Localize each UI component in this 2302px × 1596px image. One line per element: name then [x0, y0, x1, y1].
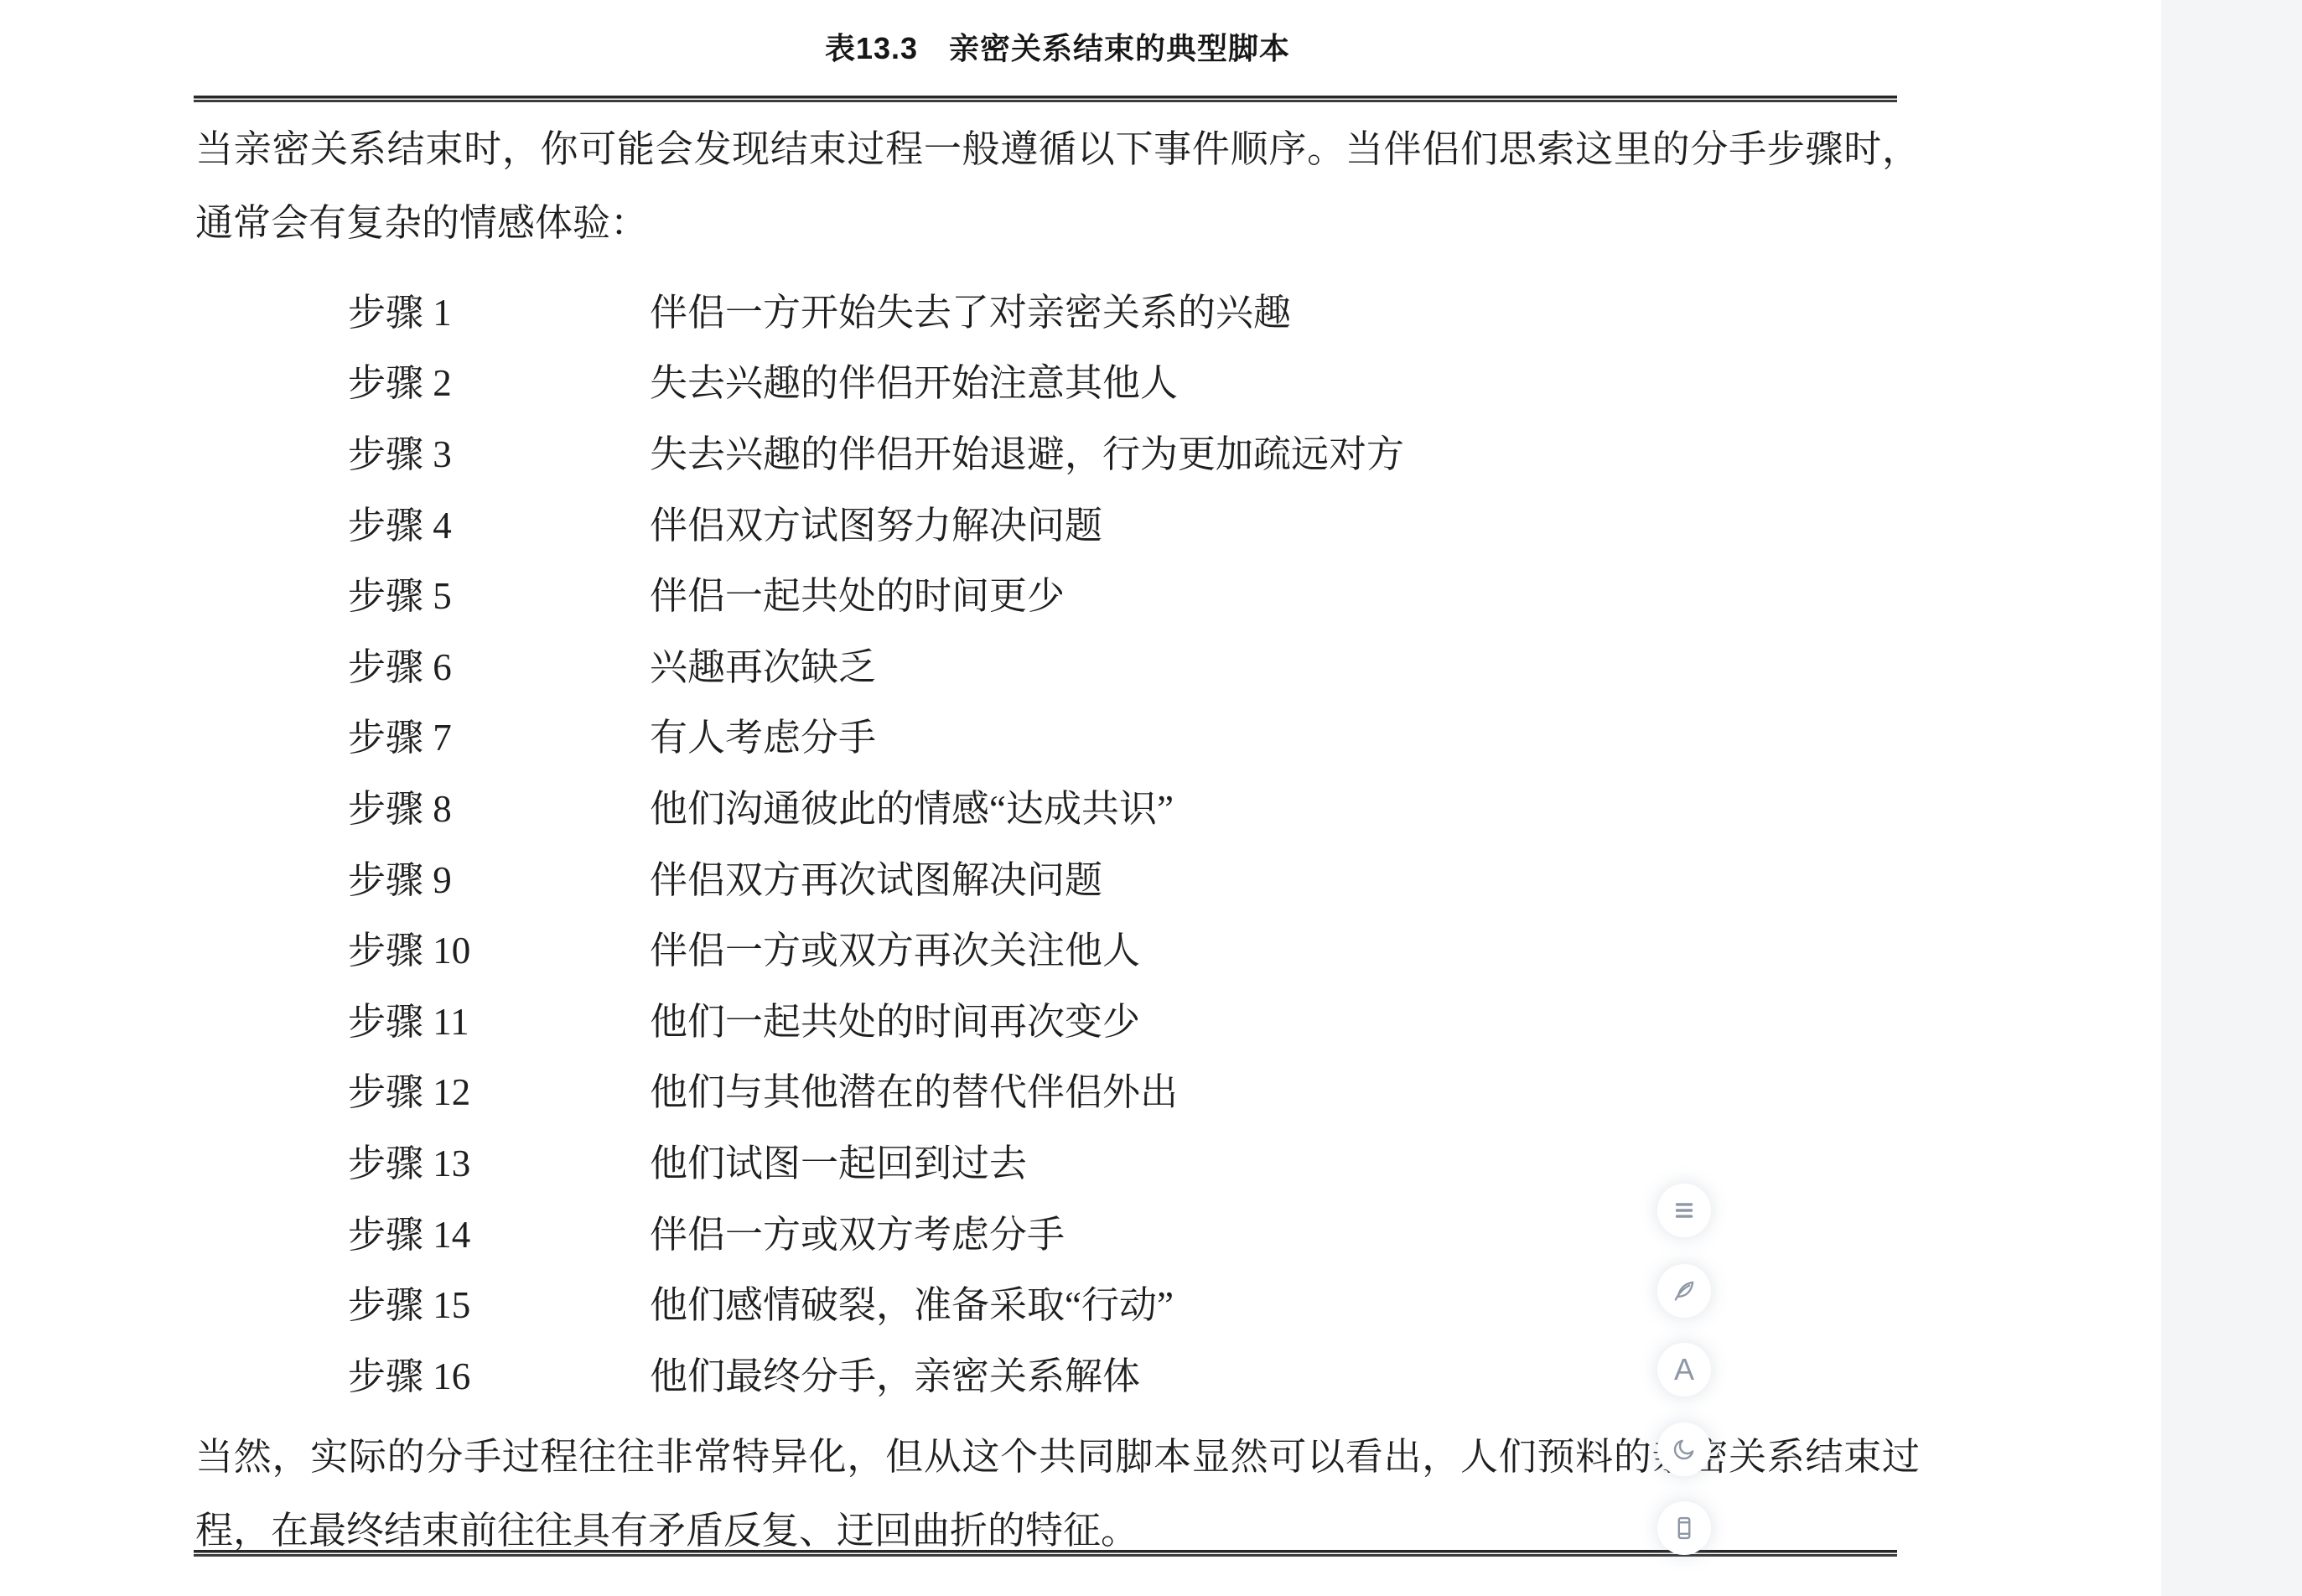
- step-row: 步骤 6 兴趣再次缺乏: [348, 628, 1920, 699]
- step-text: 伴侣一方开始失去了对亲密关系的兴趣: [650, 282, 1291, 336]
- step-label: 步骤 5: [348, 565, 650, 619]
- contents-menu-button[interactable]: [1657, 1184, 1711, 1237]
- page-gutter: [2161, 0, 2302, 1596]
- step-label: 步骤 13: [348, 1132, 650, 1187]
- step-label: 步骤 11: [348, 991, 650, 1045]
- annotate-button[interactable]: [1657, 1264, 1711, 1318]
- step-label: 步骤 6: [348, 636, 650, 691]
- step-text: 失去兴趣的伴侣开始注意其他人: [650, 352, 1178, 407]
- step-label: 步骤 2: [348, 352, 650, 407]
- step-text: 伴侣双方试图努力解决问题: [650, 495, 1102, 549]
- step-row: 步骤 3 失去兴趣的伴侣开始退避，行为更加疏远对方: [348, 415, 1920, 486]
- step-text: 他们感情破裂，准备采取“行动”: [650, 1274, 1174, 1329]
- step-text: 伴侣一方或双方再次关注他人: [650, 920, 1140, 974]
- step-text: 兴趣再次缺乏: [650, 636, 876, 691]
- step-label: 步骤 4: [348, 495, 650, 549]
- step-row: 步骤 1 伴侣一方开始失去了对亲密关系的兴趣: [348, 273, 1920, 345]
- step-label: 步骤 1: [348, 282, 650, 336]
- step-text: 伴侣双方再次试图解决问题: [650, 849, 1102, 904]
- step-label: 步骤 14: [348, 1204, 650, 1258]
- step-text: 有人考虑分手: [650, 707, 876, 761]
- step-label: 步骤 3: [348, 423, 650, 478]
- step-label: 步骤 16: [348, 1345, 650, 1400]
- step-row: 步骤 11 他们一起共处的时间再次变少: [348, 982, 1920, 1054]
- step-label: 步骤 9: [348, 849, 650, 904]
- feather-icon: [1670, 1277, 1698, 1305]
- table-caption: 表13.3 亲密关系结束的典型脚本: [195, 25, 1920, 68]
- step-text: 他们最终分手，亲密关系解体: [650, 1345, 1140, 1400]
- step-row: 步骤 5 伴侣一起共处的时间更少: [348, 557, 1920, 628]
- step-label: 步骤 8: [348, 778, 650, 832]
- step-row: 步骤 2 失去兴趣的伴侣开始注意其他人: [348, 345, 1920, 416]
- step-row: 步骤 9 伴侣双方再次试图解决问题: [348, 841, 1920, 912]
- font-size-icon: A: [1674, 1355, 1694, 1385]
- font-settings-button[interactable]: A: [1657, 1343, 1711, 1396]
- device-view-button[interactable]: [1657, 1501, 1711, 1555]
- step-label: 步骤 10: [348, 920, 650, 974]
- phone-icon: [1670, 1514, 1698, 1542]
- step-text: 失去兴趣的伴侣开始退避，行为更加疏远对方: [650, 423, 1404, 478]
- step-label: 步骤 7: [348, 707, 650, 761]
- reader-window: { "page": { "caption": "表13.3 亲密关系结束的典型脚…: [0, 0, 2302, 1596]
- intro-paragraph: 当亲密关系结束时，你可能会发现结束过程一般遵循以下事件顺序。当伴侣们思索这里的分…: [195, 112, 1920, 260]
- moon-icon: [1671, 1436, 1698, 1463]
- table-top-rule: [194, 96, 1897, 102]
- step-text: 伴侣一起共处的时间更少: [650, 565, 1065, 619]
- steps-list: 步骤 1 伴侣一方开始失去了对亲密关系的兴趣 步骤 2 失去兴趣的伴侣开始注意其…: [348, 273, 1920, 1408]
- step-label: 步骤 15: [348, 1274, 650, 1329]
- step-text: 他们沟通彼此的情感“达成共识”: [650, 778, 1174, 832]
- step-row: 步骤 7 有人考虑分手: [348, 699, 1920, 770]
- step-row: 步骤 4 伴侣双方试图努力解决问题: [348, 486, 1920, 557]
- dark-mode-button[interactable]: [1657, 1422, 1711, 1476]
- step-text: 他们试图一起回到过去: [650, 1132, 1027, 1187]
- step-row: 步骤 12 他们与其他潜在的替代伴侣外出: [348, 1054, 1920, 1125]
- step-label: 步骤 12: [348, 1061, 650, 1116]
- step-row: 步骤 8 他们沟通彼此的情感“达成共识”: [348, 769, 1920, 841]
- table-bottom-rule: [194, 1550, 1897, 1557]
- hamburger-icon: [1670, 1196, 1698, 1225]
- step-text: 他们与其他潜在的替代伴侣外出: [650, 1061, 1178, 1116]
- step-text: 他们一起共处的时间再次变少: [650, 991, 1140, 1045]
- step-text: 伴侣一方或双方考虑分手: [650, 1204, 1065, 1258]
- step-row: 步骤 10 伴侣一方或双方再次关注他人: [348, 911, 1920, 982]
